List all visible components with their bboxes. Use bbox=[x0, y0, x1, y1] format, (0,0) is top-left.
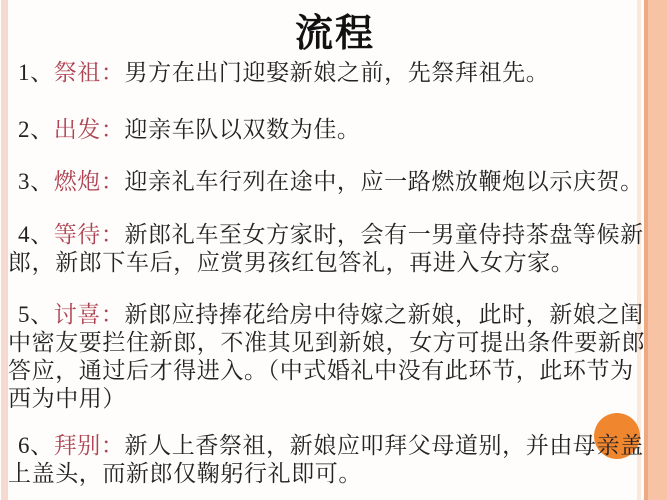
list-item: 6、拜别：新人上香祭祖，新娘应叩拜父母道别，并由母亲盖上盖头，而新郎仅鞠躬行礼即… bbox=[8, 432, 653, 488]
item-text-line: 男方在出门迎娶新娘之前，先祭拜祖先。 bbox=[125, 60, 550, 85]
slide: 流程 1、祭祖：男方在出门迎娶新娘之前，先祭拜祖先。2、出发：迎亲车队以双数为佳… bbox=[0, 0, 667, 500]
item-text-line: 答应，通过后才得进入。（中式婚礼中没有此环节，此环节为 bbox=[8, 358, 634, 383]
item-keyword: 燃炮： bbox=[54, 169, 125, 194]
item-number: 4、 bbox=[18, 222, 54, 247]
item-text-line: 迎亲礼车行列在途中，应一路燃放鞭炮以示庆贺。 bbox=[125, 169, 644, 194]
list-item: 5、讨喜：新郎应持捧花给房中待嫁之新娘，此时，新娘之闺中密友要拦住新郎，不准其见… bbox=[8, 301, 653, 413]
item-text-line: 迎亲车队以双数为佳。 bbox=[125, 117, 361, 142]
item-keyword: 等待： bbox=[54, 222, 125, 247]
item-number: 6、 bbox=[18, 433, 54, 458]
list-item: 3、燃炮：迎亲礼车行列在途中，应一路燃放鞭炮以示庆贺。 bbox=[8, 168, 653, 196]
item-keyword: 拜别： bbox=[54, 433, 125, 458]
item-number: 1、 bbox=[18, 60, 54, 85]
item-text-line: 中密友要拦住新郎，不准其见到新娘，女方可提出条件要新郎 bbox=[8, 330, 645, 355]
item-text-line: 新人上香祭祖，新娘应叩拜父母道别，并由母亲盖 bbox=[125, 433, 644, 458]
list-item: 1、祭祖：男方在出门迎娶新娘之前，先祭拜祖先。 bbox=[8, 59, 653, 87]
item-text-line: 新郎应持捧花给房中待嫁之新娘，此时，新娘之闺 bbox=[125, 302, 644, 327]
item-text-line: 上盖头，而新郎仅鞠躬行礼即可。 bbox=[8, 461, 362, 486]
item-keyword: 讨喜： bbox=[54, 302, 125, 327]
item-text-line: 郎，新郎下车后，应赏男孩红包答礼，再进入女方家。 bbox=[8, 250, 574, 275]
list-item: 4、等待：新郎礼车至女方家时，会有一男童侍持茶盘等候新郎，新郎下车后，应赏男孩红… bbox=[8, 221, 653, 277]
item-text-line: 西为中用） bbox=[8, 386, 126, 411]
item-keyword: 祭祖： bbox=[54, 60, 125, 85]
item-number: 5、 bbox=[18, 302, 54, 327]
process-list: 1、祭祖：男方在出门迎娶新娘之前，先祭拜祖先。2、出发：迎亲车队以双数为佳。3、… bbox=[0, 0, 667, 500]
list-item: 2、出发：迎亲车队以双数为佳。 bbox=[8, 116, 653, 144]
item-number: 3、 bbox=[18, 169, 54, 194]
item-keyword: 出发： bbox=[54, 117, 125, 142]
item-text-line: 新郎礼车至女方家时，会有一男童侍持茶盘等候新 bbox=[125, 222, 644, 247]
item-number: 2、 bbox=[18, 117, 54, 142]
